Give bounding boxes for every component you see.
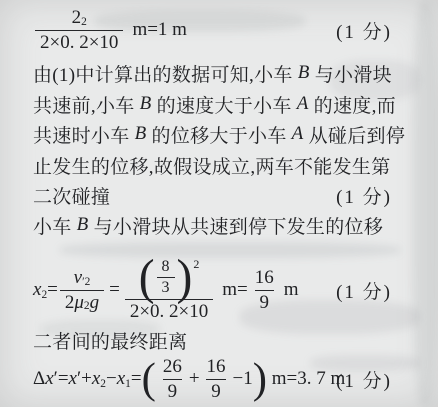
squared-exponent: 2 [193,258,199,271]
text-token: = [131,368,142,389]
eight-thirds-denominator: 3 [157,277,175,298]
formula-2-equals: = [109,279,120,301]
twentysix-ninths-fraction: 26 9 [158,355,187,403]
open-paren: ( [139,257,155,299]
formula-2-velocity-fraction: v′2 2μ2g [60,266,104,314]
math-variable: μ [74,292,84,313]
text-token: + [81,368,92,389]
sixteen-ninths-numerator: 16 [250,266,279,289]
paragraph-line-5-text: 二次碰撞 [33,182,110,209]
math-variable: A [297,93,309,115]
text-token: = [109,279,120,300]
text-token: 2 [72,7,82,28]
score-badge: (1 分) [336,366,392,393]
formula-2: x2= v′2 2μ2g = ( 8 3 ) 2 2×0. 2×10 m= [33,248,438,332]
text-token: 小车 [33,212,77,239]
formula-2-lhs: x2= [33,279,58,301]
formula-2-big-numerator: ( 8 3 ) 2 [134,256,205,299]
formula-2-velocity-numerator: v′2 [69,266,96,289]
paren-squared-group: ( 8 3 ) 2 [139,257,200,298]
formula-1-numerator: 22 [67,6,92,29]
paragraph-line-2: 共速前,小车 B 的速度大于小车 A 的速度,而 [33,91,438,117]
text-token: m= [222,279,248,300]
formula-3-lhs: Δx′=x′+x2−x1= [33,368,142,390]
score-badge: (1 分) [336,17,392,44]
text-token: 的速度,而 [309,91,396,118]
text-token: m=3. 7 m [267,368,345,389]
math-variable: A [292,123,304,145]
text-token: 与小滑块 [310,60,392,87]
formula-2-unit: m [284,279,299,301]
formula-2-velocity-denominator: 2μ2g [60,290,104,314]
text-token: m=1 m [132,19,187,40]
sixteen-ninths-fraction-2: 16 9 [202,355,231,403]
final-distance-heading: 二者间的最终距离 [33,327,438,353]
text-token: 止发生的位移,故假设成立,两车不能发生第 [33,152,391,179]
eight-thirds-numerator: 8 [157,257,175,277]
text-token: 2×0. 2×10 [40,32,118,53]
text-token: 的位移大于小车 [146,121,291,148]
formula-1-denominator: 2×0. 2×10 [35,30,123,54]
score-badge: (1 分) [336,277,392,304]
scanned-solution-page: 22 2×0. 2×10 m=1 m (1 分) 由(1)中计算出的数据可知,小… [0,0,438,407]
math-variable: x [69,368,77,389]
text-token: 从碰后到停 [304,121,406,148]
text-token: m [284,279,299,300]
text-token: 与小滑块从共速到停下发生的位移 [89,212,384,239]
text-token: 二次碰撞 [33,187,110,208]
math-variable: B [298,62,310,84]
formula-2-big-fraction: ( 8 3 ) 2 2×0. 2×10 [125,256,213,323]
formula-1-result: m=1 m [132,19,187,41]
formula-1: 22 2×0. 2×10 m=1 m (1 分) [33,5,438,55]
score-badge: (1 分) [336,182,392,209]
math-variable: g [90,292,100,313]
sixteen-ninths-denominator-2: 9 [206,379,226,403]
twentysix-ninths-numerator: 26 [158,355,187,378]
formula-3: Δx′=x′+x2−x1= ( 26 9 + 16 9 −1 ) m=3. 7 … [33,356,438,402]
close-paren: ) [253,360,267,397]
math-variable: B [140,93,152,115]
paragraph-line-6: 小车 B 与小滑块从共速到停下发生的位移 [33,212,438,238]
math-variable: x [45,368,53,389]
paragraph-line-4: 止发生的位移,故假设成立,两车不能发生第 [33,152,438,178]
paragraph-line-5: 二次碰撞 (1 分) [33,182,438,208]
formula-1-fraction: 22 2×0. 2×10 [35,6,123,54]
text-token: − [106,368,117,389]
sixteen-ninths-fraction: 16 9 [250,266,279,314]
text-token: 的速度大于小车 [152,91,297,118]
text-token: 由(1)中计算出的数据可知,小车 [33,60,298,87]
text-token: 共速时小车 [33,121,135,148]
eight-thirds-fraction: 8 3 [157,257,175,298]
text-token: Δ [33,368,45,389]
text-token: = [47,279,58,300]
open-paren: ( [142,360,156,397]
math-variable: x [117,368,125,389]
formula-3-result: m=3. 7 m [267,368,345,390]
math-variable: v [74,267,82,288]
text-token: = [58,368,69,389]
minus-one-term: −1 [233,368,253,390]
text-token: 共速前,小车 [33,91,140,118]
twentysix-ninths-denominator: 9 [163,379,183,403]
formula-2-mid: m= [222,279,248,301]
paragraph-line-3: 共速时小车 B 的位移大于小车 A 从碰后到停 [33,121,438,147]
text-token: 二者间的最终距离 [33,327,187,354]
math-variable: B [77,214,89,236]
text-token: 2 [81,16,87,29]
text-token: ′2 [82,276,90,289]
close-paren: ) [177,257,193,299]
paragraph-line-1: 由(1)中计算出的数据可知,小车 B 与小滑块 [33,60,438,86]
sixteen-ninths-numerator-2: 16 [202,355,231,378]
math-variable: B [135,123,147,145]
text-token: 2 [65,292,75,313]
plus-operator: + [189,368,200,390]
sixteen-ninths-denominator: 9 [255,290,275,314]
